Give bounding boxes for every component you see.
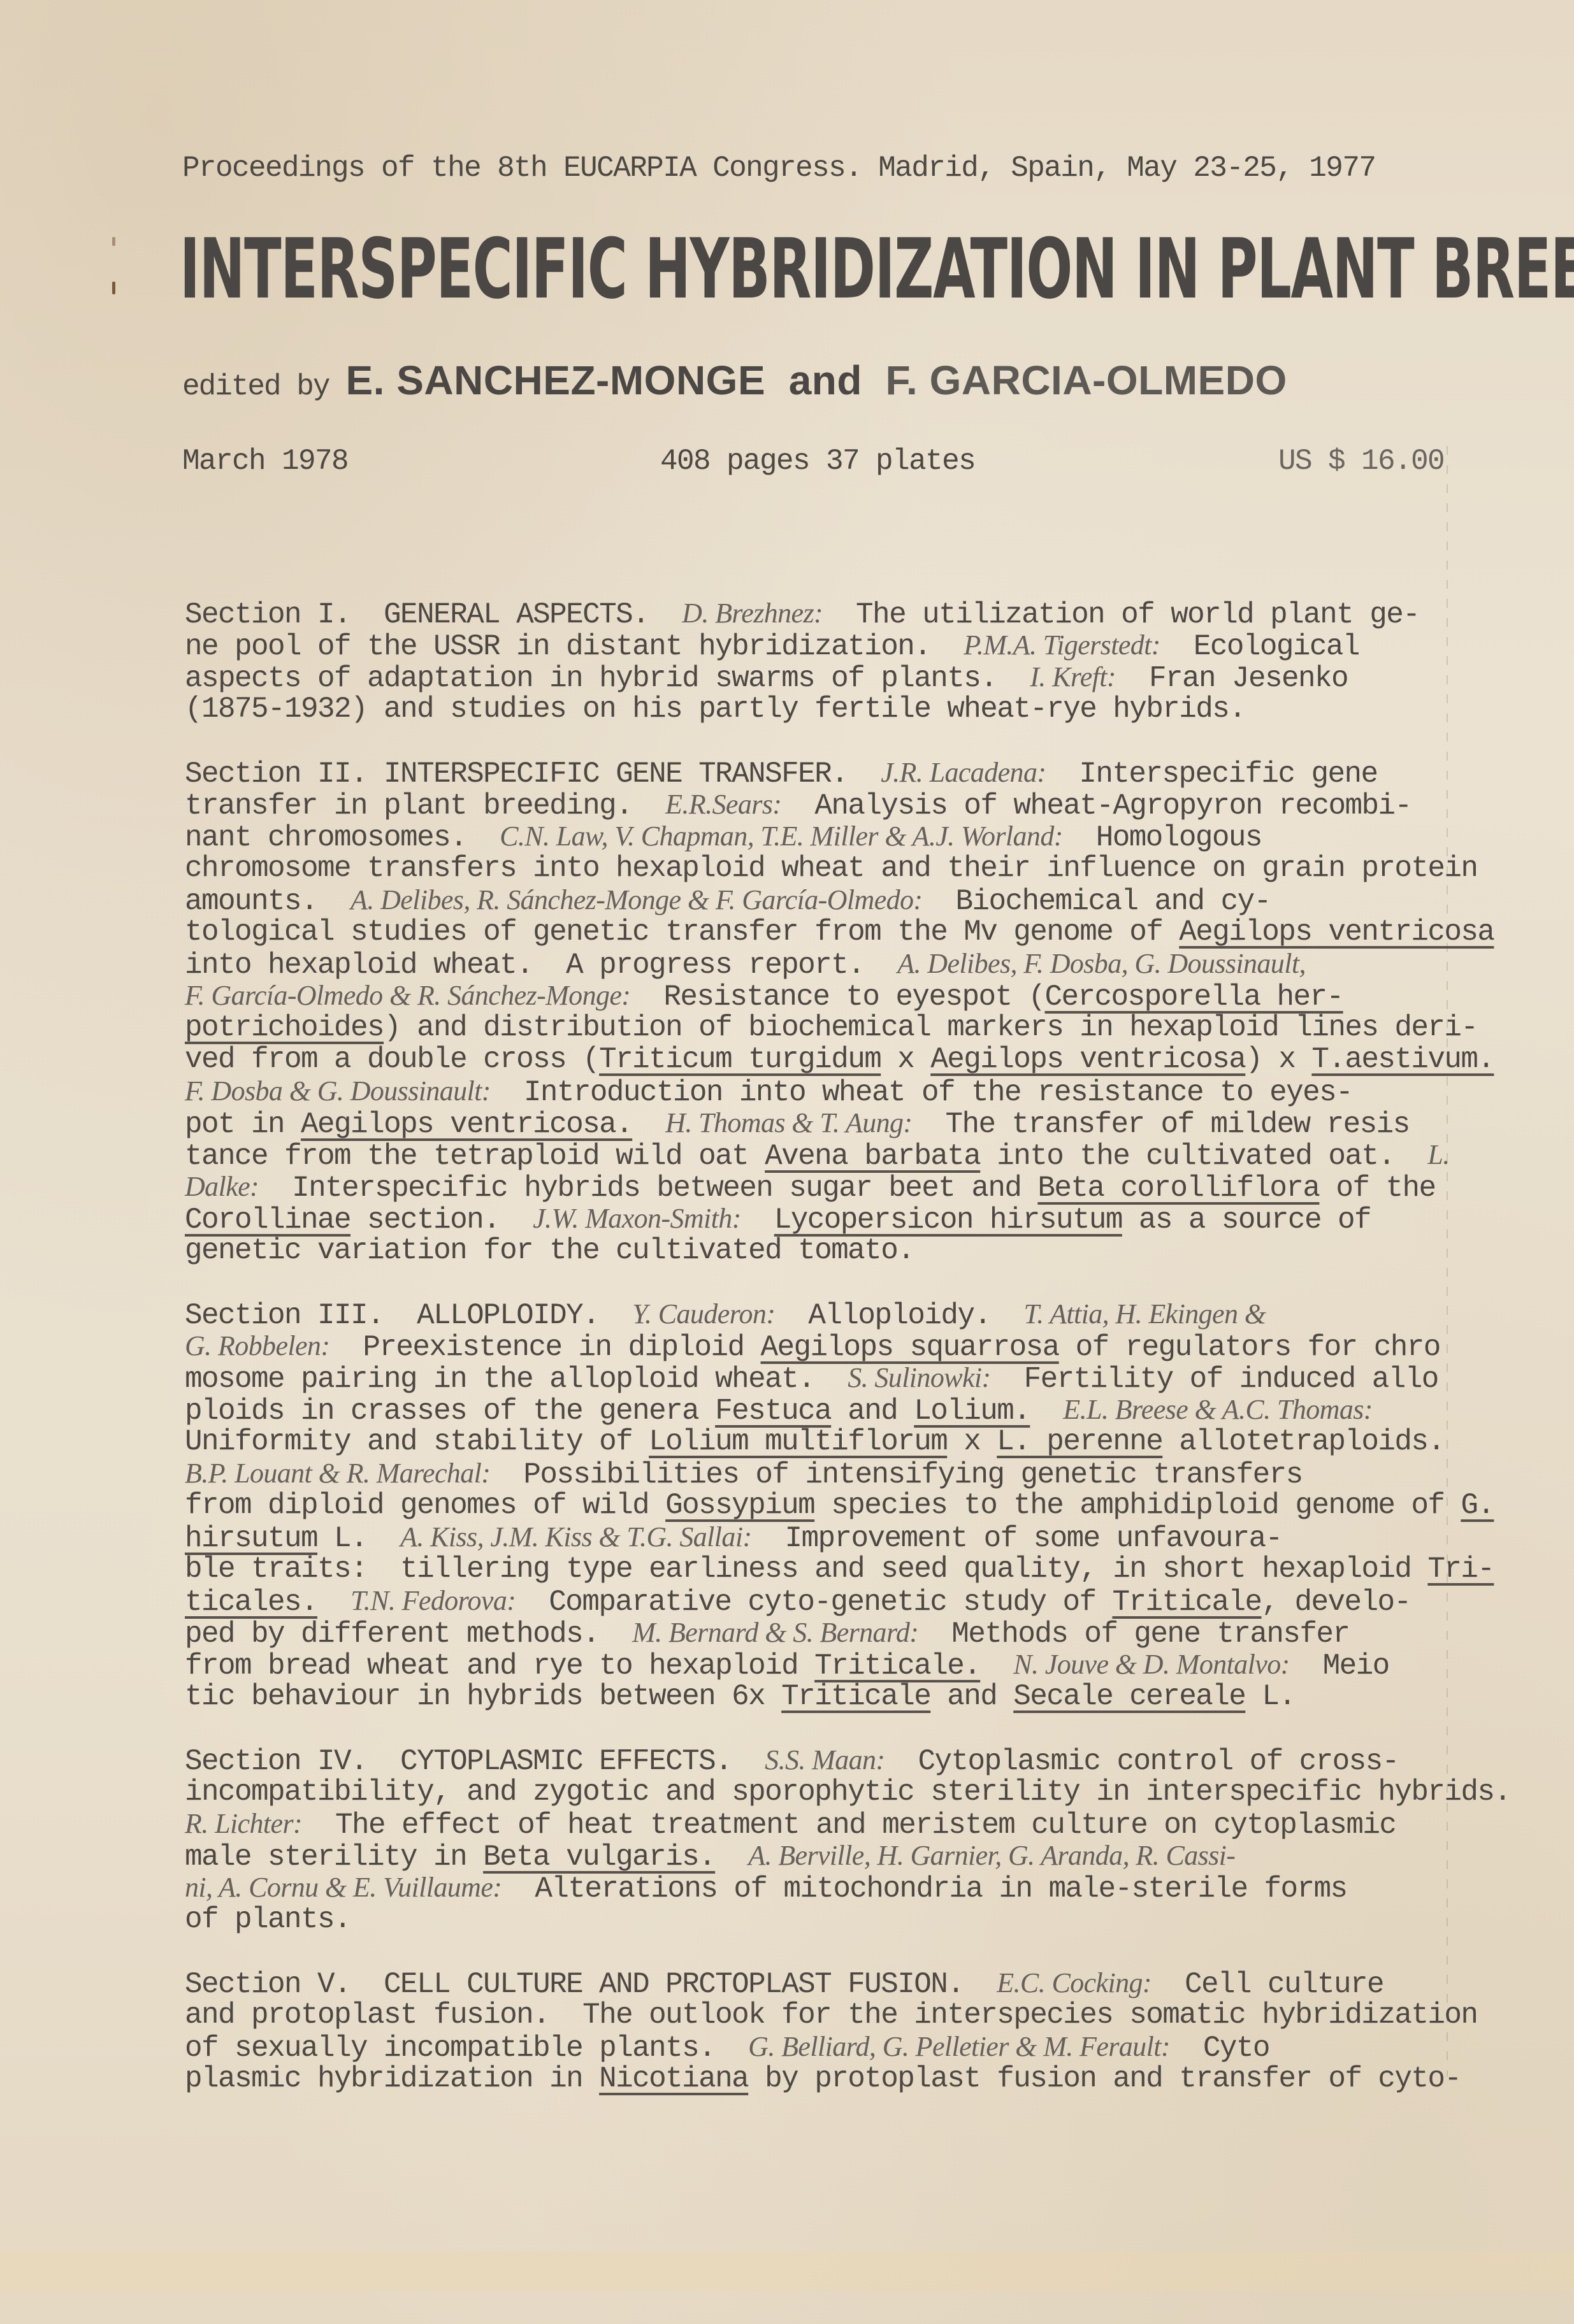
body-text: , develo- <box>1262 1586 1411 1619</box>
body-text: Comparative cyto-genetic study of <box>516 1586 1112 1619</box>
proceedings-line: Proceedings of the 8th EUCARPIA Congress… <box>182 152 1375 185</box>
author-names: F. Dosba & G. Doussinault: <box>185 1075 491 1107</box>
author-names: S.S. Maan: <box>765 1744 884 1775</box>
body-text: Section IV. CYTOPLASMIC EFFECTS. <box>185 1745 765 1778</box>
text-line: from bread wheat and rye to hexaploid Tr… <box>185 1649 1459 1681</box>
body-text: chromosome transfers into hexaploid whea… <box>185 852 1477 885</box>
text-line: Corollinae section. J.W. Maxon-Smith: Ly… <box>185 1203 1459 1235</box>
author-names: A. Kiss, J.M. Kiss & T.G. Sallai: <box>400 1521 751 1553</box>
body-text: into hexaploid wheat. A progress report. <box>185 949 897 982</box>
text-line: ved from a double cross (Triticum turgid… <box>185 1044 1459 1075</box>
body-text <box>715 1840 748 1874</box>
text-line: from diploid genomes of wild Gossypium s… <box>185 1489 1459 1521</box>
body-text: and <box>831 1395 914 1428</box>
species-name: Lycopersicon hirsutum <box>774 1203 1122 1237</box>
body-text: Fertility of induced allo <box>991 1363 1438 1396</box>
author-names: A. Berville, H. Garnier, G. Aranda, R. C… <box>748 1840 1235 1871</box>
body-text: Cyto <box>1170 2032 1269 2065</box>
text-line: and protoplast fusion. The outlook for t… <box>185 1999 1459 2031</box>
author-names: I. Kreft: <box>1030 661 1116 692</box>
body-text: ) and distribution of biochemical marker… <box>384 1011 1477 1044</box>
text-line: Dalke: Interspecific hybrids between sug… <box>185 1171 1459 1203</box>
species-name: T.aestivum. <box>1311 1043 1494 1076</box>
species-name: Gossypium <box>665 1489 814 1522</box>
body-text: ploids in crasses of the genera <box>185 1395 715 1428</box>
species-name: Avena barbata <box>765 1140 980 1173</box>
author-names: P.M.A. Tigerstedt: <box>964 629 1160 661</box>
body-text: Alloploidy. <box>775 1299 1023 1332</box>
edited-by-label: edited by <box>182 370 329 403</box>
publication-date: March 1978 <box>182 445 348 478</box>
body-text: Interspecific gene <box>1046 757 1377 791</box>
body-text: Methods of gene transfer <box>918 1617 1349 1651</box>
body-text: and protoplast fusion. The outlook for t… <box>185 1998 1477 2032</box>
body-text: as a source of <box>1122 1203 1371 1237</box>
body-text: tic behaviour in hybrids between 6x <box>185 1680 781 1713</box>
author-names: B.P. Louant & R. Marechal: <box>185 1458 490 1489</box>
text-line: pot in Aegilops ventricosa. H. Thomas & … <box>185 1107 1459 1139</box>
body-text: Homologous <box>1063 821 1262 854</box>
body-text: of sexually incompatible plants. <box>185 2032 748 2065</box>
paper-stain <box>0 2252 1574 2290</box>
text-line: aspects of adaptation in hybrid swarms o… <box>185 661 1459 693</box>
author-names: L. <box>1427 1139 1449 1170</box>
text-line: tance from the tetraploid wild oat Avena… <box>185 1139 1459 1171</box>
body-text: incompatibility, and zygotic and sporoph… <box>185 1775 1510 1809</box>
body-text: mosome pairing in the alloploid wheat. <box>185 1363 848 1396</box>
text-line: ni, A. Cornu & E. Vuillaume: Alterations… <box>185 1872 1459 1904</box>
author-names: E.L. Breese & A.C. Thomas: <box>1063 1394 1373 1425</box>
section-2: Section II. INTERSPECIFIC GENE TRANSFER.… <box>185 757 1459 1266</box>
editor-names: E. SANCHEZ-MONGE and F. GARCIA-OLMEDO <box>345 357 1287 404</box>
body-text: ved from a double cross ( <box>185 1043 599 1076</box>
text-line: R. Lichter: The effect of heat treatment… <box>185 1808 1459 1840</box>
text-line: of sexually incompatible plants. G. Bell… <box>185 2031 1459 2063</box>
editors-line: edited by E. SANCHEZ-MONGE and F. GARCIA… <box>182 357 1287 404</box>
text-line: plasmic hybridization in Nicotiana by pr… <box>185 2063 1459 2095</box>
species-name: hirsutum <box>185 1522 317 1555</box>
body-text: Analysis of wheat-Agropyron recombi- <box>781 789 1411 822</box>
author-names: F. García-Olmedo & R. Sánchez-Monge: <box>185 980 630 1011</box>
body-text: nant chromosomes. <box>185 821 500 854</box>
body-text <box>980 1649 1013 1682</box>
species-name: Triticum turgidum <box>599 1043 881 1076</box>
body-text: of the <box>1319 1172 1435 1205</box>
body-text: Preexistence in diploid <box>329 1331 760 1364</box>
body-text: from diploid genomes of wild <box>185 1489 665 1522</box>
author-names: N. Jouve & D. Montalvo: <box>1013 1649 1289 1680</box>
text-line: ne pool of the USSR in distant hybridiza… <box>185 629 1459 661</box>
body-text: L. <box>317 1522 400 1555</box>
author-names: J.R. Lacadena: <box>881 757 1046 788</box>
text-line: F. Dosba & G. Doussinault: Introduction … <box>185 1075 1459 1107</box>
author-names: T. Attia, H. Ekingen & <box>1023 1298 1266 1330</box>
species-name: ticales. <box>185 1586 317 1619</box>
section-5: Section V. CELL CULTURE AND PRCTOPLAST F… <box>185 1967 1459 2095</box>
species-name: Tri- <box>1427 1553 1494 1586</box>
text-line: amounts. A. Delibes, R. Sánchez-Monge & … <box>185 884 1459 916</box>
species-name: Triticale <box>1112 1586 1261 1619</box>
body-text: Section II. INTERSPECIFIC GENE TRANSFER. <box>185 757 881 791</box>
species-name: Triticale. <box>814 1649 980 1682</box>
species-name: Corollinae <box>185 1203 350 1237</box>
text-line: F. García-Olmedo & R. Sánchez-Monge: Res… <box>185 980 1459 1012</box>
text-line: Section III. ALLOPLOIDY. Y. Cauderon: Al… <box>185 1298 1459 1330</box>
body-text <box>1030 1395 1063 1428</box>
author-names: G. Robbelen: <box>185 1330 329 1361</box>
body-text: into the cultivated oat. <box>980 1140 1427 1173</box>
author-names: G. Belliard, G. Pelletier & M. Ferault: <box>748 2031 1170 2062</box>
body-text: Uniformity and stability of <box>185 1425 649 1458</box>
editor-2: F. GARCIA-OLMEDO <box>886 357 1287 403</box>
body-text: section. <box>350 1203 533 1237</box>
species-name: Nicotiana <box>599 2062 748 2095</box>
body-text: x <box>947 1425 997 1458</box>
author-names: R. Lichter: <box>185 1808 302 1839</box>
body-text: L. <box>1245 1680 1295 1713</box>
text-line: nant chromosomes. C.N. Law, V. Chapman, … <box>185 821 1459 852</box>
author-names: S. Sulinowki: <box>848 1362 990 1393</box>
author-names: J.W. Maxon-Smith: <box>533 1203 741 1234</box>
body-text: genetic variation for the cultivated tom… <box>185 1234 914 1267</box>
author-names: E.R.Sears: <box>665 789 781 820</box>
body-text: ble traits: tillering type earliness and… <box>185 1553 1427 1586</box>
body-text: Cell culture <box>1152 1968 1383 2001</box>
body-text: allotetraploids. <box>1162 1425 1444 1458</box>
body-text: The transfer of mildew resis <box>912 1108 1409 1141</box>
body-text: aspects of adaptation in hybrid swarms o… <box>185 662 1030 695</box>
text-line: mosome pairing in the alloploid wheat. S… <box>185 1362 1459 1394</box>
body-text: plasmic hybridization in <box>185 2062 599 2095</box>
species-name: Secale cereale <box>1013 1680 1245 1713</box>
text-line: potrichoides) and distribution of bioche… <box>185 1012 1459 1044</box>
body-text: by protoplast fusion and transfer of cyt… <box>748 2062 1461 2095</box>
species-name: Aegilops squarrosa <box>761 1331 1059 1364</box>
text-line: B.P. Louant & R. Marechal: Possibilities… <box>185 1458 1459 1489</box>
text-line: incompatibility, and zygotic and sporoph… <box>185 1776 1459 1808</box>
author-names: C.N. Law, V. Chapman, T.E. Miller & A.J.… <box>500 821 1063 852</box>
body-text: amounts. <box>185 885 350 918</box>
text-line: tological studies of genetic transfer fr… <box>185 916 1459 948</box>
text-line: (1875-1932) and studies on his partly fe… <box>185 693 1459 725</box>
species-name: Aegilops ventricosa <box>1179 915 1494 949</box>
species-name: G. <box>1461 1489 1494 1522</box>
price: US $ 16.00 <box>1278 445 1444 478</box>
body-text: Alterations of mitochondria in male-ster… <box>502 1872 1347 1905</box>
body-text: ) x <box>1245 1043 1311 1076</box>
species-name: Lolium. <box>914 1395 1030 1428</box>
species-name: L. perenne <box>997 1425 1162 1458</box>
text-line: Section V. CELL CULTURE AND PRCTOPLAST F… <box>185 1967 1459 1999</box>
body-text: x <box>881 1043 930 1076</box>
text-line: of plants. <box>185 1904 1459 1935</box>
body-text: Ecological <box>1160 630 1359 663</box>
body-text: Biochemical and cy- <box>922 885 1270 918</box>
author-names: Dalke: <box>185 1171 259 1202</box>
author-names: H. Thomas & T. Aung: <box>665 1107 912 1138</box>
text-line: ped by different methods. M. Bernard & S… <box>185 1617 1459 1649</box>
body-text: Fran Jesenko <box>1116 662 1348 695</box>
body-text <box>632 1108 665 1141</box>
contents-listing: Section I. GENERAL ASPECTS. D. Brezhnez:… <box>185 598 1459 2127</box>
text-line: ploids in crasses of the genera Festuca … <box>185 1394 1459 1426</box>
author-names: ni, A. Cornu & E. Vuillaume: <box>185 1872 502 1903</box>
text-line: Uniformity and stability of Lolium multi… <box>185 1426 1459 1458</box>
editor-and: and <box>777 357 874 403</box>
author-names: T.N. Fedorova: <box>350 1585 516 1616</box>
body-text: Interspecific hybrids between sugar beet… <box>259 1172 1037 1205</box>
text-line: transfer in plant breeding. E.R.Sears: A… <box>185 789 1459 821</box>
body-text: tance from the tetraploid wild oat <box>185 1140 765 1173</box>
author-names: D. Brezhnez: <box>682 598 823 629</box>
page-count: 408 pages 37 plates <box>660 445 975 478</box>
body-text: pot in <box>185 1108 301 1141</box>
body-text: and <box>930 1680 1013 1713</box>
body-text: Introduction into wheat of the resistanc… <box>491 1076 1352 1109</box>
body-text: Section V. CELL CULTURE AND PRCTOPLAST F… <box>185 1968 997 2001</box>
body-text: species to the amphidiploid genome of <box>814 1489 1461 1522</box>
species-name: Beta corolliflora <box>1037 1172 1319 1205</box>
body-text: The utilization of world plant ge- <box>823 598 1419 631</box>
body-text: Meio <box>1290 1649 1389 1682</box>
body-text: transfer in plant breeding. <box>185 789 665 822</box>
text-line: tic behaviour in hybrids between 6x Trit… <box>185 1681 1459 1712</box>
species-name: Beta vulgaris. <box>483 1840 715 1874</box>
author-names: M. Bernard & S. Bernard: <box>632 1617 918 1648</box>
body-text: from bread wheat and rye to hexaploid <box>185 1649 814 1682</box>
text-line: into hexaploid wheat. A progress report.… <box>185 948 1459 980</box>
author-names: A. Delibes, F. Dosba, G. Doussinault, <box>897 948 1306 979</box>
publication-meta: March 1978 408 pages 37 plates US $ 16.0… <box>182 445 1444 483</box>
section-4: Section IV. CYTOPLASMIC EFFECTS. S.S. Ma… <box>185 1744 1459 1935</box>
text-line: ticales. T.N. Fedorova: Comparative cyto… <box>185 1585 1459 1617</box>
body-text: (1875-1932) and studies on his partly fe… <box>185 692 1245 726</box>
species-name: Lolium multiflorum <box>649 1425 947 1458</box>
body-text: Resistance to eyespot ( <box>630 980 1044 1014</box>
book-title: INTERSPECIFIC HYBRIDIZATION IN PLANT BRE… <box>180 224 1574 313</box>
body-text <box>317 1586 350 1619</box>
species-name: potrichoides <box>185 1011 384 1044</box>
species-name: Cercosporella her- <box>1044 980 1343 1014</box>
body-text: ped by different methods. <box>185 1617 632 1651</box>
species-name: Triticale <box>781 1680 930 1713</box>
text-line: genetic variation for the cultivated tom… <box>185 1235 1459 1266</box>
species-name: Aegilops ventricosa. <box>301 1108 632 1141</box>
body-text: male sterility in <box>185 1840 483 1874</box>
body-text: The effect of heat treatment and meriste… <box>302 1809 1396 1842</box>
text-line: Section I. GENERAL ASPECTS. D. Brezhnez:… <box>185 598 1459 629</box>
body-text: ne pool of the USSR in distant hybridiza… <box>185 630 964 663</box>
text-line: male sterility in Beta vulgaris. A. Berv… <box>185 1840 1459 1872</box>
body-text: Possibilities of intensifying genetic tr… <box>490 1458 1302 1491</box>
binding-marks <box>112 237 117 294</box>
body-text: Section III. ALLOPLOIDY. <box>185 1299 632 1332</box>
body-text: Improvement of some unfavoura- <box>752 1522 1282 1555</box>
text-line: G. Robbelen: Preexistence in diploid Aeg… <box>185 1330 1459 1362</box>
body-text: of regulators for chro <box>1059 1331 1440 1364</box>
author-names: A. Delibes, R. Sánchez-Monge & F. García… <box>350 884 922 915</box>
editor-1: E. SANCHEZ-MONGE <box>345 357 765 403</box>
body-text: Section I. GENERAL ASPECTS. <box>185 598 682 631</box>
text-line: hirsutum L. A. Kiss, J.M. Kiss & T.G. Sa… <box>185 1521 1459 1553</box>
text-line: ble traits: tillering type earliness and… <box>185 1553 1459 1585</box>
text-line: chromosome transfers into hexaploid whea… <box>185 852 1459 884</box>
author-names: E.C. Cocking: <box>997 1967 1152 1998</box>
section-3: Section III. ALLOPLOIDY. Y. Cauderon: Al… <box>185 1298 1459 1712</box>
text-line: Section II. INTERSPECIFIC GENE TRANSFER.… <box>185 757 1459 789</box>
species-name: Aegilops ventricosa <box>930 1043 1245 1076</box>
section-1: Section I. GENERAL ASPECTS. D. Brezhnez:… <box>185 598 1459 725</box>
author-names: Y. Cauderon: <box>632 1298 775 1330</box>
body-text: Cytoplasmic control of cross- <box>884 1745 1398 1778</box>
body-text: of plants. <box>185 1903 350 1936</box>
text-line: Section IV. CYTOPLASMIC EFFECTS. S.S. Ma… <box>185 1744 1459 1776</box>
species-name: Festuca <box>715 1395 831 1428</box>
body-text <box>741 1203 774 1237</box>
body-text: tological studies of genetic transfer fr… <box>185 915 1179 949</box>
